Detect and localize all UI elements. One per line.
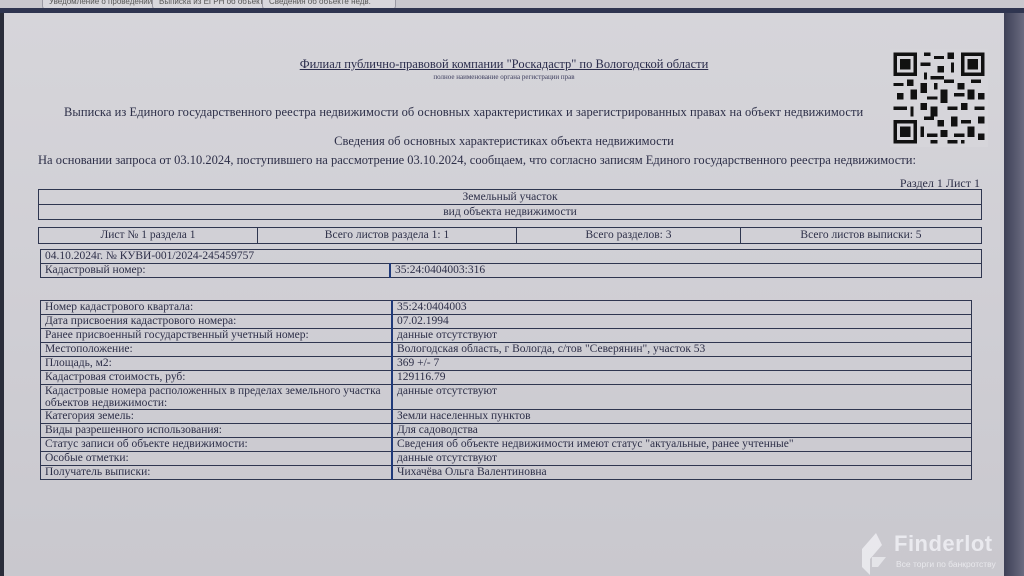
object-type-caption: вид объекта недвижимости xyxy=(39,205,982,220)
object-type-table: Земельный участок вид объекта недвижимос… xyxy=(38,189,982,220)
organization-name: Филиал публично-правовой компании "Роска… xyxy=(4,57,1004,72)
table-row: Кадастровые номера расположенных в преде… xyxy=(41,385,972,410)
cadastral-number-label: Кадастровый номер: xyxy=(41,264,391,278)
qr-code-icon xyxy=(890,43,988,153)
organization-caption: полное наименование органа регистрации п… xyxy=(4,73,1004,81)
characteristic-value: данные отсутствуют xyxy=(392,385,972,410)
watermark-brand: Finderlot xyxy=(894,531,993,557)
characteristic-value: Земли населенных пунктов xyxy=(392,410,972,424)
table-row: Дата присвоения кадастрового номера:07.0… xyxy=(41,315,972,329)
extract-number-table: 04.10.2024г. № КУВИ-001/2024-245459757 К… xyxy=(40,249,982,278)
characteristic-value: 07.02.1994 xyxy=(392,315,972,329)
total-section-sheets: Всего листов раздела 1: 1 xyxy=(258,228,517,244)
table-row: Получатель выписки:Чихачёва Ольга Валент… xyxy=(41,466,972,480)
characteristic-value: данные отсутствуют xyxy=(392,452,972,466)
sheet-info-table: Лист № 1 раздела 1 Всего листов раздела … xyxy=(38,227,982,244)
cadastral-number-value: 35:24:0404003:316 xyxy=(390,264,982,278)
basis-text: На основании запроса от 03.10.2024, пост… xyxy=(38,153,916,168)
watermark-tagline: Все торги по банкротству xyxy=(896,559,996,569)
characteristic-label: Кадастровые номера расположенных в преде… xyxy=(41,385,393,410)
characteristic-label: Виды разрешенного использования: xyxy=(41,424,393,438)
finderlot-watermark: Finderlot Все торги по банкротству xyxy=(856,531,1024,576)
characteristic-label: Получатель выписки: xyxy=(41,466,393,480)
characteristic-value: 369 +/- 7 xyxy=(392,357,972,371)
characteristic-label: Кадастровая стоимость, руб: xyxy=(41,371,393,385)
monitor-bezel xyxy=(1004,13,1024,576)
table-row: Номер кадастрового квартала:35:24:040400… xyxy=(41,301,972,315)
extract-number: 04.10.2024г. № КУВИ-001/2024-245459757 xyxy=(41,250,982,264)
table-row: Ранее присвоенный государственный учетны… xyxy=(41,329,972,343)
finderlot-logo-icon xyxy=(856,531,892,576)
characteristic-value: Чихачёва Ольга Валентиновна xyxy=(392,466,972,480)
total-sections: Всего разделов: 3 xyxy=(517,228,741,244)
characteristic-label: Дата присвоения кадастрового номера: xyxy=(41,315,393,329)
total-extract-sheets: Всего листов выписки: 5 xyxy=(741,228,982,244)
table-row: Категория земель:Земли населенных пункто… xyxy=(41,410,972,424)
table-row: Местоположение:Вологодская область, г Во… xyxy=(41,343,972,357)
characteristic-label: Ранее присвоенный государственный учетны… xyxy=(41,329,393,343)
object-type-value: Земельный участок xyxy=(39,190,982,205)
table-row: Особые отметки:данные отсутствуют xyxy=(41,452,972,466)
characteristic-label: Особые отметки: xyxy=(41,452,393,466)
sheet-number: Лист № 1 раздела 1 xyxy=(39,228,258,244)
document-page: Филиал публично-правовой компании "Роска… xyxy=(4,13,1004,576)
table-row: Виды разрешенного использования:Для садо… xyxy=(41,424,972,438)
table-row: Статус записи об объекте недвижимости:Св… xyxy=(41,438,972,452)
characteristic-value: Вологодская область, г Вологда, с/тов "С… xyxy=(392,343,972,357)
document-title: Выписка из Единого государственного реес… xyxy=(64,105,863,120)
section-title: Сведения об основных характеристиках объ… xyxy=(4,134,1004,149)
characteristic-label: Статус записи об объекте недвижимости: xyxy=(41,438,393,452)
characteristic-value: Сведения об объекте недвижимости имеют с… xyxy=(392,438,972,452)
characteristic-label: Местоположение: xyxy=(41,343,393,357)
table-row: Площадь, м2:369 +/- 7 xyxy=(41,357,972,371)
characteristic-label: Категория земель: xyxy=(41,410,393,424)
characteristic-label: Площадь, м2: xyxy=(41,357,393,371)
characteristic-value: 129116.79 xyxy=(392,371,972,385)
characteristic-value: 35:24:0404003 xyxy=(392,301,972,315)
table-row: Кадастровая стоимость, руб:129116.79 xyxy=(41,371,972,385)
characteristics-table: Номер кадастрового квартала:35:24:040400… xyxy=(40,300,972,480)
characteristic-value: данные отсутствуют xyxy=(392,329,972,343)
characteristic-label: Номер кадастрового квартала: xyxy=(41,301,393,315)
characteristic-value: Для садоводства xyxy=(392,424,972,438)
